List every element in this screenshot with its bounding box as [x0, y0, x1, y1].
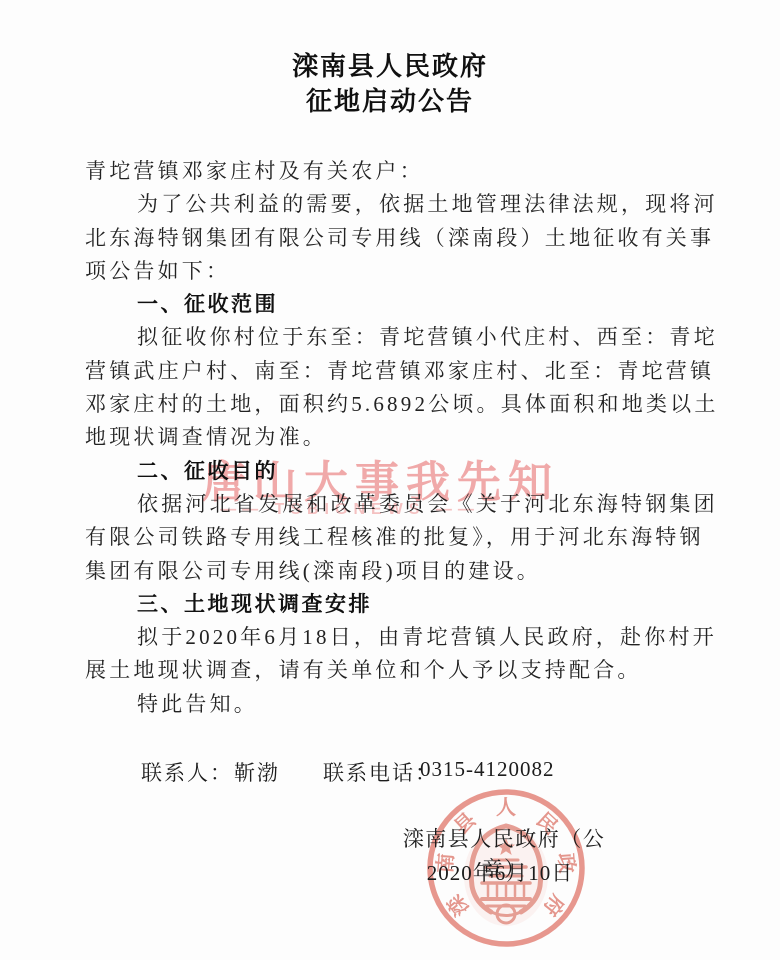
- body-line: 有限公司铁路专用线工程核准的批复》，用于河北东海特钢: [85, 521, 701, 554]
- body-line: 青坨营镇邓家庄村及有关农户：: [85, 155, 701, 188]
- notice-document: 唐山大事我先知 —— TSBIGNEWS —— 滦南县人民政府 征地启动公告 青…: [0, 0, 780, 960]
- body-line: 集团有限公司专用线(滦南段)项目的建设。: [85, 555, 701, 588]
- body-line: 展土地现状调查，请有关单位和个人予以支持配合。: [85, 654, 701, 687]
- contact-phone-value: 0315-4120082: [420, 757, 555, 782]
- notice-title: 滦南县人民政府 征地启动公告: [0, 49, 780, 119]
- notice-title-subject: 征地启动公告: [0, 84, 780, 119]
- body-line: 依据河北省发展和改革委员会《关于河北东海特钢集团: [85, 488, 701, 521]
- section-heading: 三、土地现状调查安排: [85, 588, 701, 621]
- section-heading: 一、征收范围: [85, 288, 701, 321]
- body-lines: 青坨营镇邓家庄村及有关农户：为了公共利益的需要，依据土地管理法律法规，现将河北东…: [85, 155, 701, 721]
- body-line: 邓家庄村的土地，面积约5.6892公顷。具体面积和地类以土: [85, 388, 701, 421]
- contact-row: 联系人： 靳渤 联系电话： 0315-4120082: [0, 757, 780, 785]
- body-line: 特此告知。: [85, 688, 701, 721]
- body-line: 为了公共利益的需要，依据土地管理法律法规，现将河: [85, 188, 701, 221]
- section-heading: 二、征收目的: [85, 455, 701, 488]
- contact-person-label: 联系人：: [141, 757, 233, 787]
- body-line: 地现状调查情况为准。: [85, 421, 701, 454]
- notice-title-org: 滦南县人民政府: [0, 49, 780, 84]
- body-line: 项公告如下：: [85, 255, 701, 288]
- body-line: 营镇武庄户村、南至：青坨营镇邓家庄村、北至：青坨营镇: [85, 355, 701, 388]
- contact-person-value: 靳渤: [234, 757, 280, 787]
- body-line: 拟征收你村位于东至：青坨营镇小代庄村、西至：青坨: [85, 321, 701, 354]
- body-line: 北东海特钢集团有限公司专用线（滦南段）土地征收有关事: [85, 222, 701, 255]
- body-line: 拟于2020年6月18日，由青坨营镇人民政府，赴你村开: [85, 621, 701, 654]
- seal-arc-char: 人: [496, 796, 516, 819]
- signature-date: 2020年6月10日: [400, 857, 600, 887]
